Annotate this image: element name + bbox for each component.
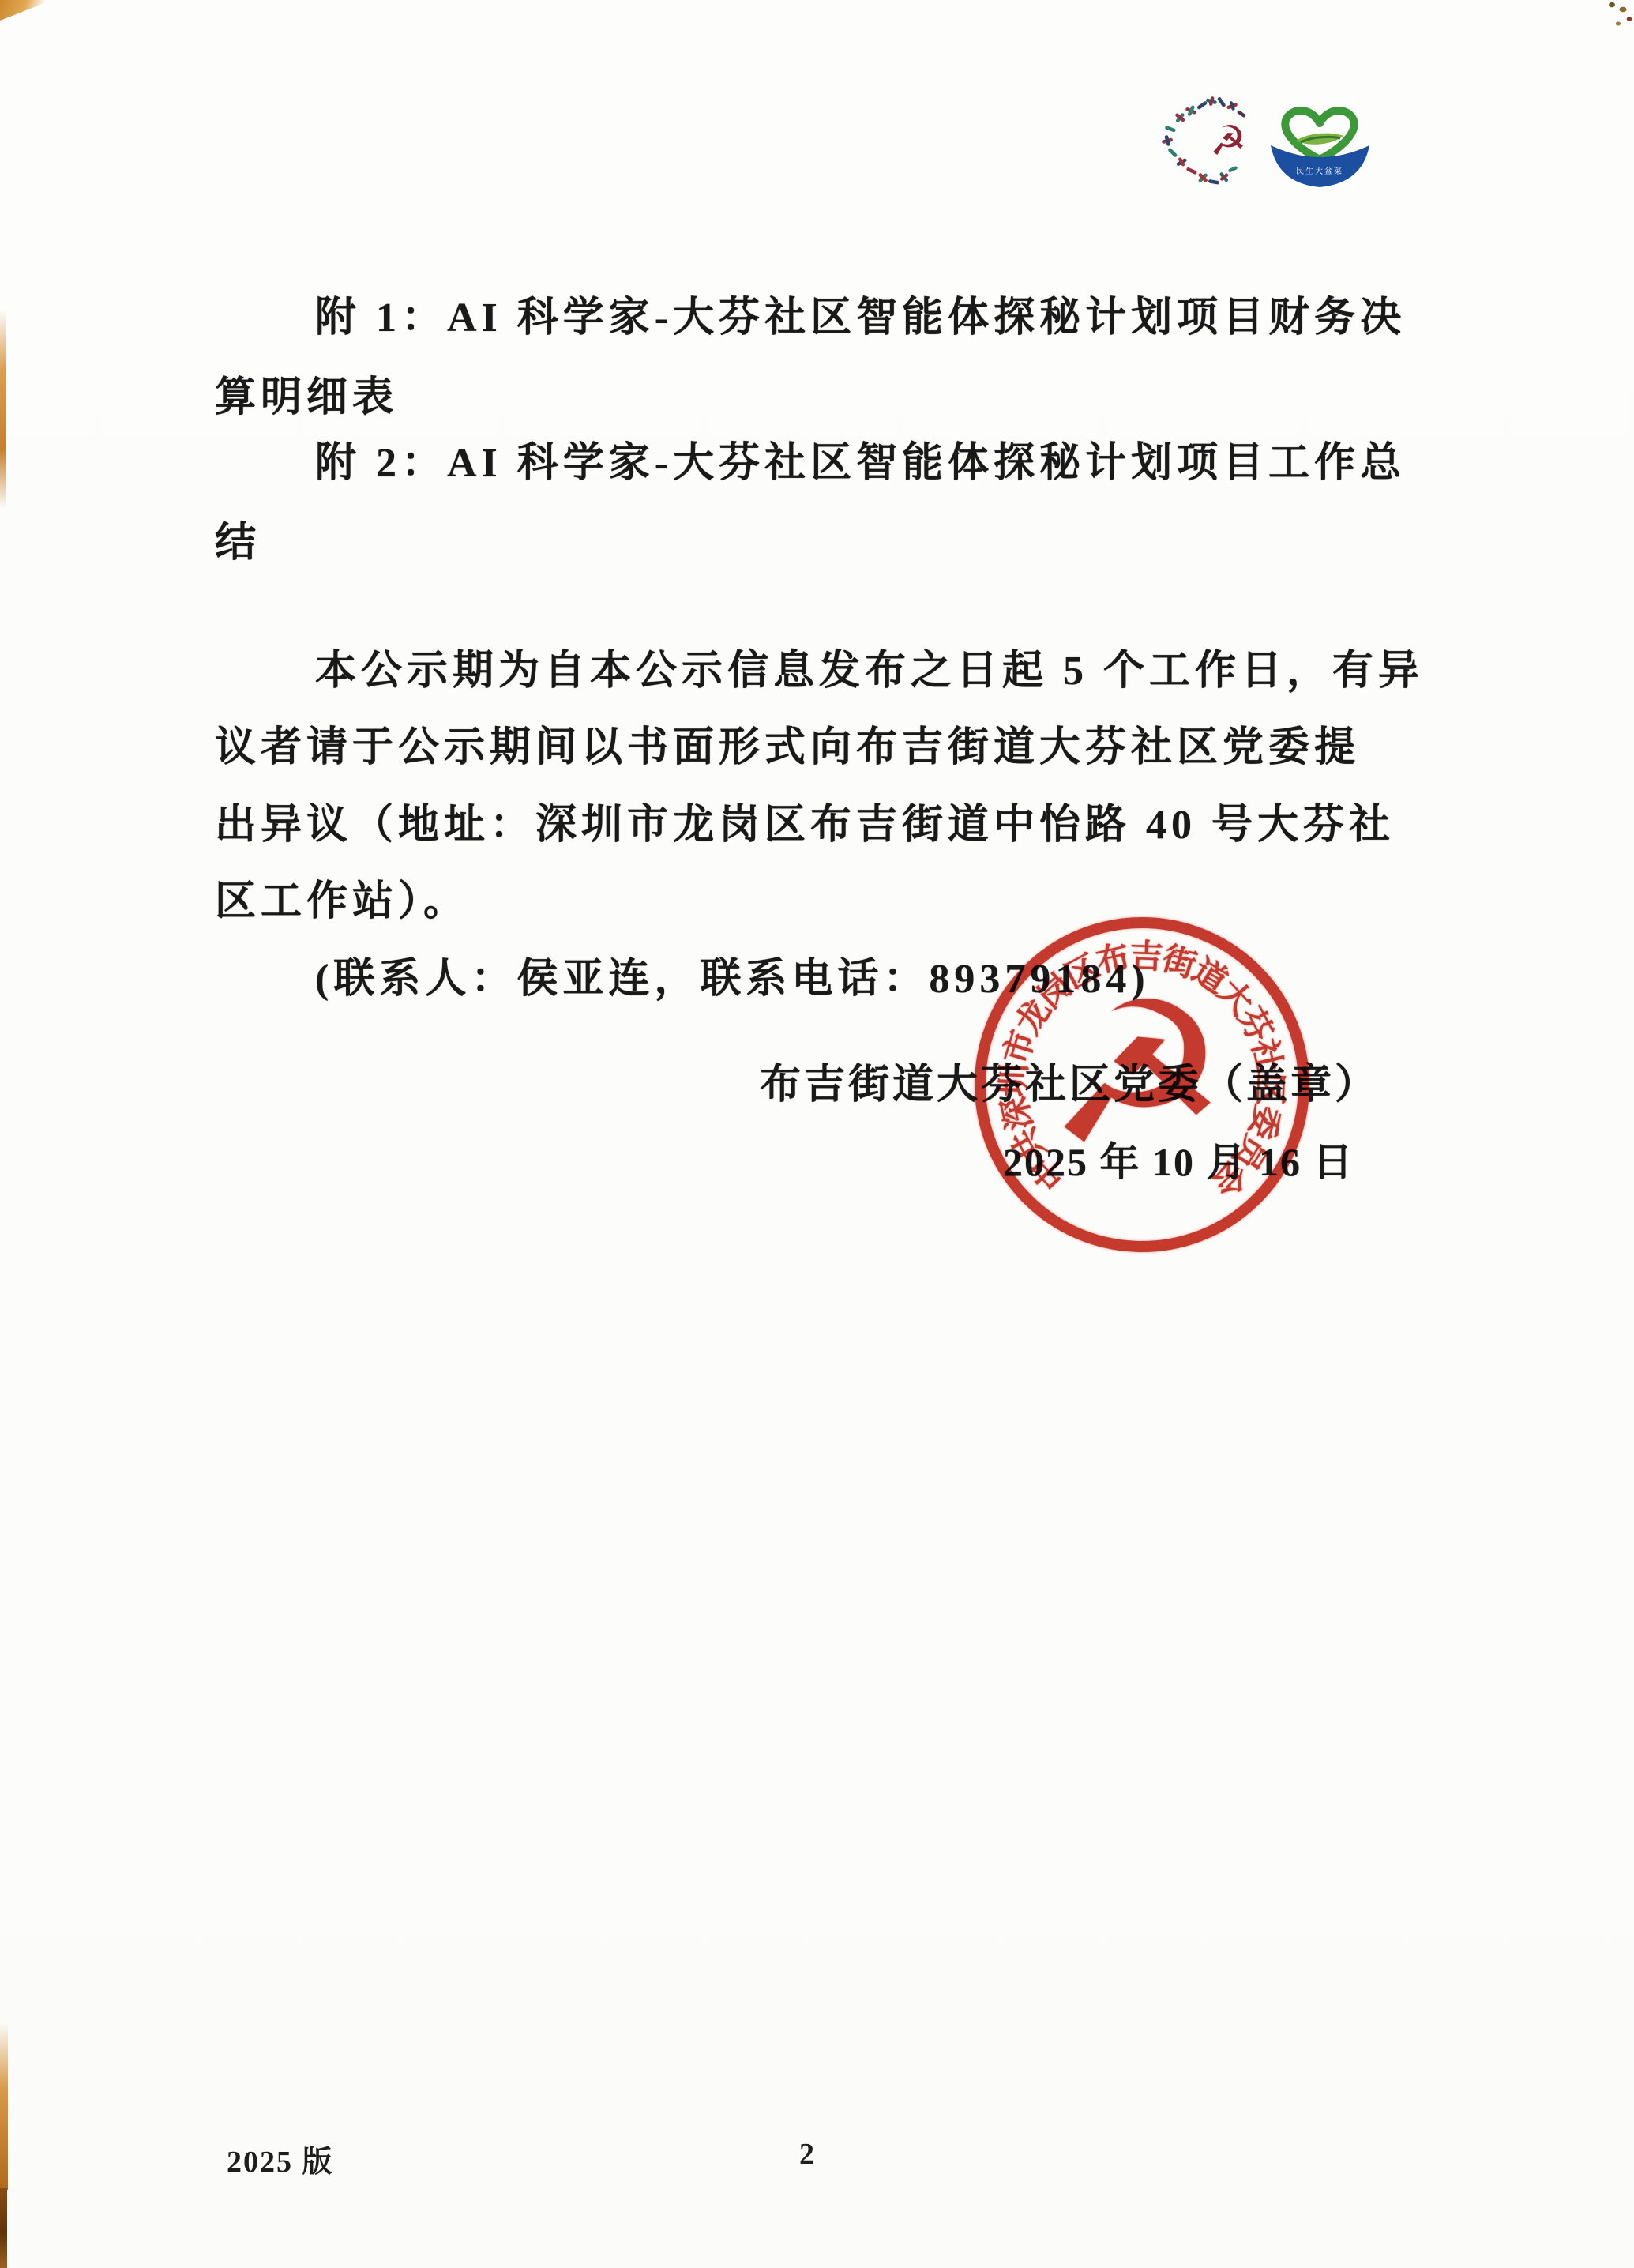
notice-line-2: 议者请于公示期间以书面形式向布吉街道大芬社区党委提 bbox=[215, 713, 1360, 773]
scan-artifact-left-lower bbox=[0, 2022, 8, 2190]
blue-bowl: 民生大盆菜 bbox=[1271, 145, 1369, 187]
attachment-2-line-2: 结 bbox=[215, 509, 261, 568]
notice-line-1: 本公示期为自本公示信息发布之日起 5 个工作日，有异 bbox=[315, 637, 1424, 696]
footer-page-number: 2 bbox=[799, 2137, 816, 2172]
attachment-1-line-2: 算明细表 bbox=[215, 363, 398, 423]
scan-artifact-top-right bbox=[1602, 0, 1634, 28]
official-red-seal: 中共深圳市龙岗区布吉街道大芬社区委员会 ☭ bbox=[969, 912, 1316, 1258]
party-heart-logo-icon: ☭ bbox=[1159, 93, 1265, 194]
scan-artifact-bottom-left bbox=[0, 2188, 7, 2268]
minsheng-bowl-logo-icon: 民生大盆菜 bbox=[1266, 101, 1374, 193]
scanned-document-page: ☭ 民生大盆菜 附 1：AI 科学家-大芬社区智能体探秘计划项目财务决 算明细表… bbox=[0, 0, 1634, 2268]
hammer-and-sickle-icon: ☭ bbox=[1210, 118, 1247, 165]
minsheng-logo-text: 民生大盆菜 bbox=[1296, 166, 1343, 176]
green-heart-leaves bbox=[1285, 111, 1354, 160]
attachment-2-line-1: 附 2：AI 科学家-大芬社区智能体探秘计划项目工作总 bbox=[315, 429, 1406, 488]
footer-version: 2025 版 bbox=[227, 2137, 334, 2180]
scan-artifact-top-left bbox=[0, 0, 52, 21]
seal-hammer-and-sickle-icon: ☭ bbox=[1046, 957, 1232, 1194]
scan-artifact-left-upper bbox=[0, 310, 6, 509]
notice-line-3: 出异议（地址：深圳市龙岗区布吉街道中怡路 40 号大芬社 bbox=[215, 791, 1395, 850]
attachment-1-line-1: 附 1：AI 科学家-大芬社区智能体探秘计划项目财务决 bbox=[315, 284, 1406, 343]
notice-line-4: 区工作站）。 bbox=[215, 867, 469, 927]
